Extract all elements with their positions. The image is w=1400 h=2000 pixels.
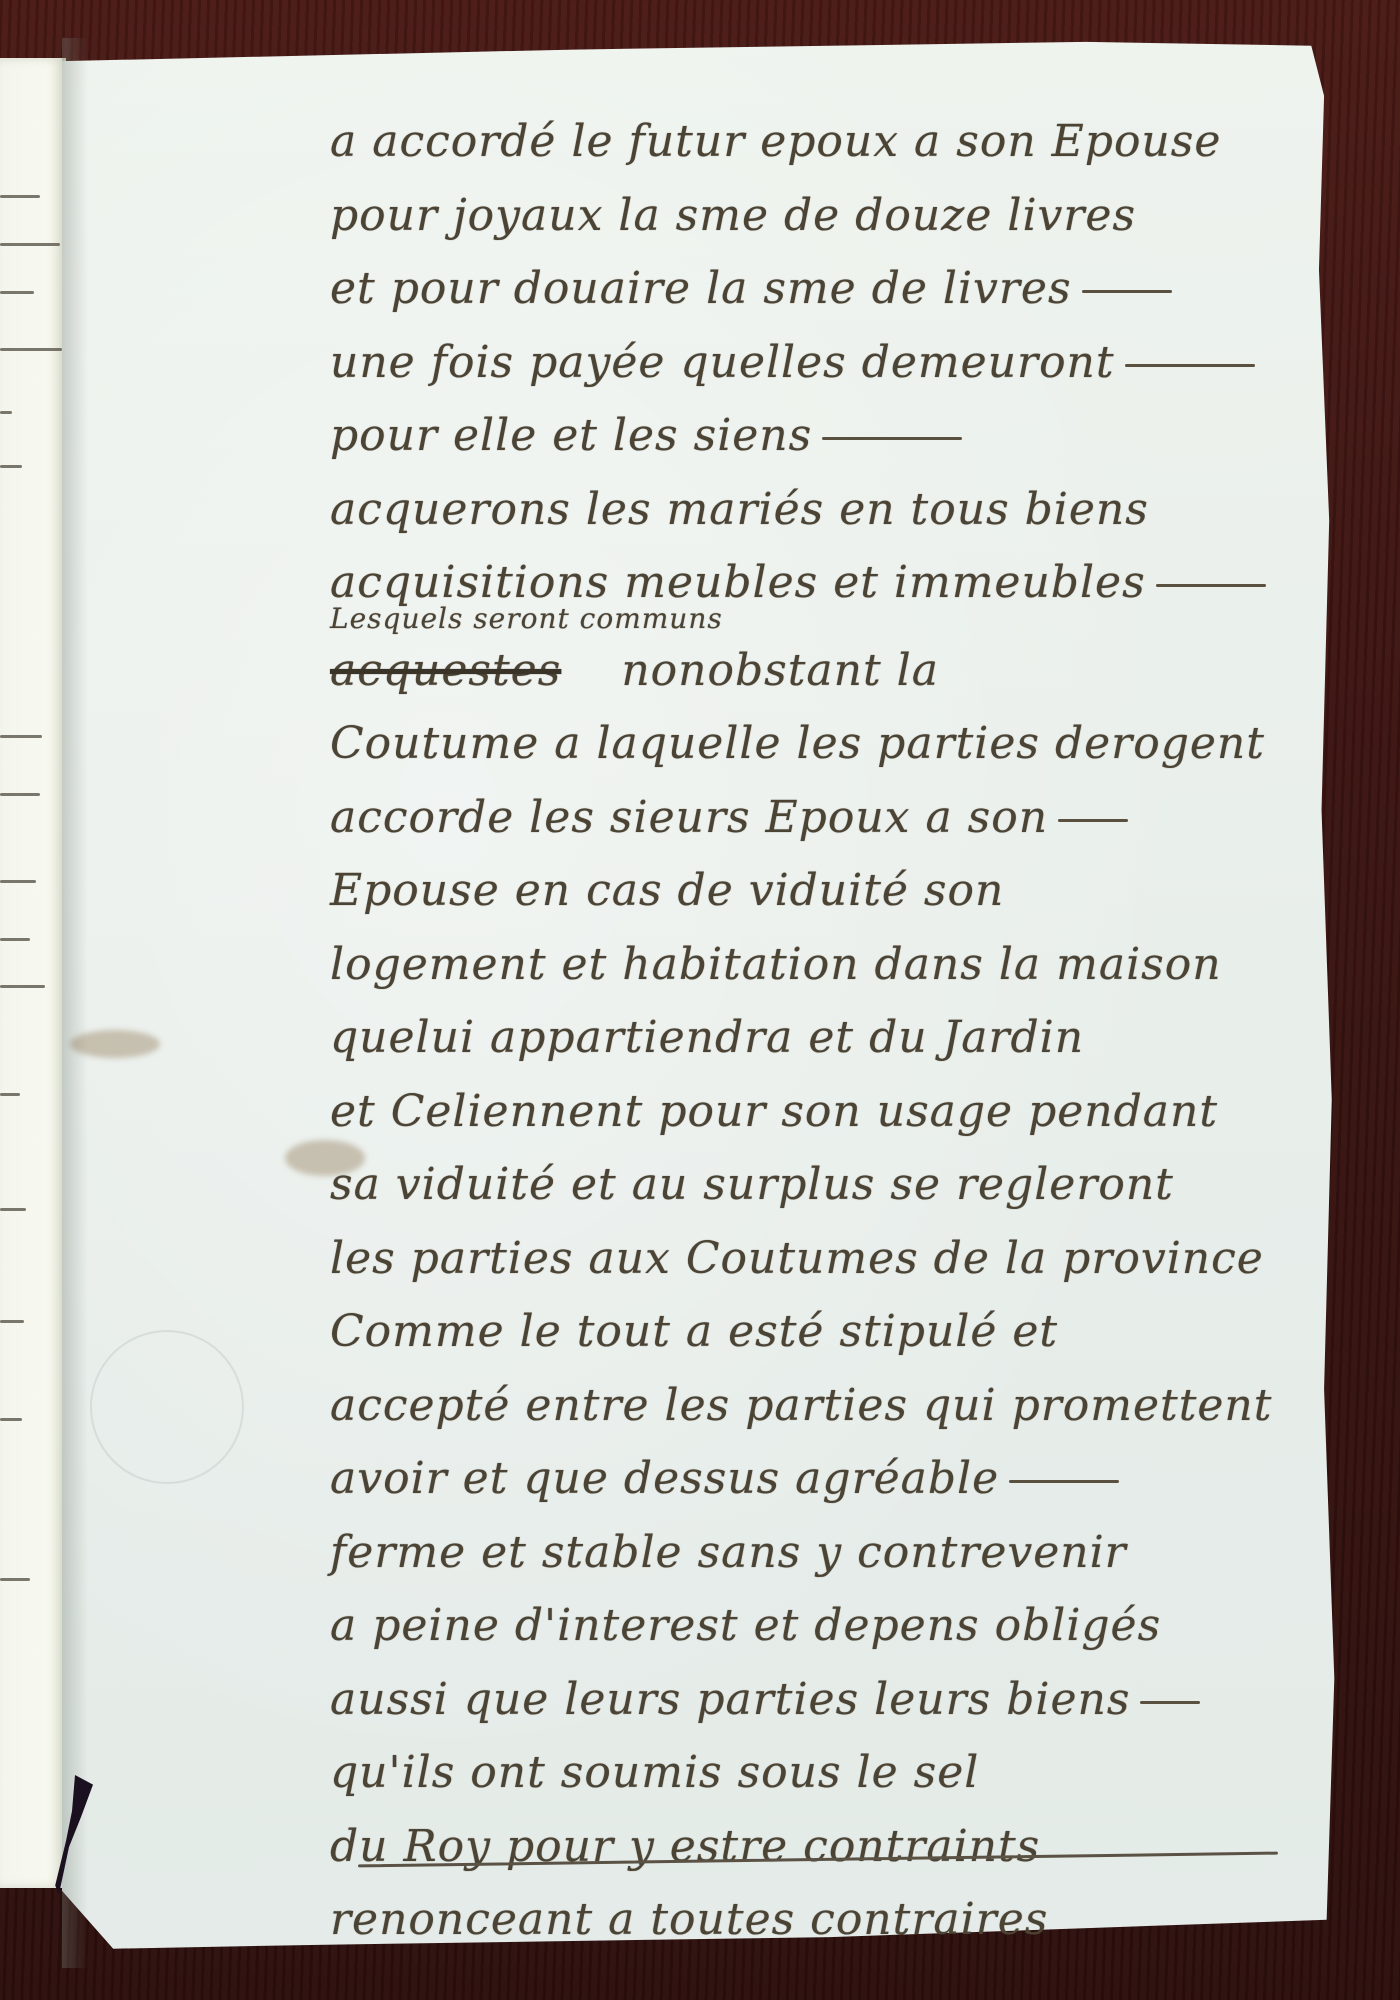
manuscript-line: sa viduité et au surplus se regleront (330, 1155, 1300, 1229)
manuscript-line: acquerons les mariés en tous biens (330, 480, 1300, 554)
facing-page-ink-stroke (0, 411, 12, 414)
manuscript-line-with-strikeout: acquestesnonobstant la (330, 641, 1300, 715)
facing-page-ink-stroke (0, 291, 34, 294)
manuscript-line: ferme et stable sans y contrevenir (330, 1523, 1300, 1597)
manuscript-line: logement et habitation dans la maison (330, 935, 1300, 1009)
facing-page-ink-stroke (0, 1093, 20, 1096)
manuscript-line: Epouse en cas de viduité son (330, 861, 1300, 935)
handwritten-text-block: a accordé le futur epoux a son Epouse po… (330, 112, 1300, 1964)
facing-page-ink-stroke (0, 880, 36, 883)
faded-stamp-impression (90, 1330, 244, 1484)
line-filler-stroke (1058, 819, 1128, 822)
manuscript-line: qu'ils ont soumis sous le sel (330, 1743, 1300, 1817)
manuscript-line: les parties aux Coutumes de la province (330, 1229, 1300, 1303)
line-filler-stroke (822, 437, 962, 440)
facing-page-ink-stroke (0, 348, 62, 351)
manuscript-line: Coutume a laquelle les parties derogent (330, 714, 1300, 788)
facing-page-ink-stroke (0, 1208, 26, 1211)
manuscript-line: et Celiennent pour son usage pendant (330, 1082, 1300, 1156)
line-filler-stroke (1125, 364, 1255, 367)
line-filler-stroke (1082, 290, 1172, 293)
facing-page-ink-stroke (0, 195, 40, 198)
manuscript-line: Comme le tout a esté stipulé et (330, 1302, 1300, 1376)
interlinear-insertion: Lesquels seront communs (330, 605, 1300, 641)
line-filler-stroke (1156, 584, 1266, 587)
facing-page-ink-stroke (0, 938, 30, 941)
manuscript-line: a accordé le futur epoux a son Epouse (330, 112, 1300, 186)
line-filler-stroke (1009, 1480, 1119, 1483)
manuscript-line: une fois payée quelles demeuront (330, 333, 1300, 407)
facing-page-ink-stroke (0, 465, 22, 468)
manuscript-line: avoir et que dessus agréable (330, 1449, 1300, 1523)
ink-stain (70, 1030, 160, 1058)
manuscript-line: accepté entre les parties qui promettent (330, 1376, 1300, 1450)
manuscript-line: renonceant a toutes contraires (330, 1890, 1300, 1964)
facing-page-ink-stroke (0, 243, 60, 246)
manuscript-line: a peine d'interest et depens obligés (330, 1596, 1300, 1670)
facing-page-edge (0, 58, 66, 1888)
manuscript-line: accorde les sieurs Epoux a son (330, 788, 1300, 862)
manuscript-line: pour elle et les siens (330, 406, 1300, 480)
manuscript-line: pour joyaux la sme de douze livres (330, 186, 1300, 260)
manuscript-line: quelui appartiendra et du Jardin (330, 1008, 1300, 1082)
manuscript-line: et pour douaire la sme de livres (330, 259, 1300, 333)
facing-page-ink-stroke (0, 735, 42, 738)
facing-page-ink-stroke (0, 1320, 24, 1323)
facing-page-ink-stroke (0, 1418, 22, 1421)
facing-page-ink-stroke (0, 793, 40, 796)
facing-page-ink-stroke (0, 1578, 30, 1581)
manuscript-line: aussi que leurs parties leurs biens (330, 1670, 1300, 1744)
line-filler-stroke (1140, 1701, 1200, 1704)
struck-out-word: acquestes (330, 641, 561, 701)
facing-page-ink-stroke (0, 985, 45, 988)
